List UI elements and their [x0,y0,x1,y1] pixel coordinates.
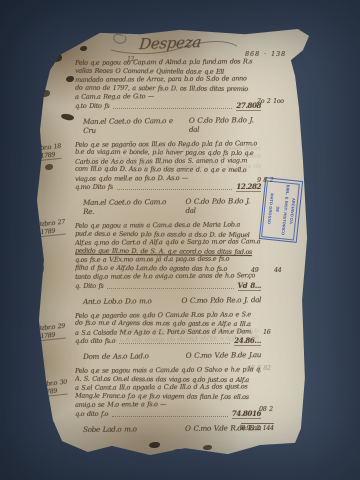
signature-name: Dom de As.o Lad.o [83,351,149,361]
signature-name: Man.el Caet.o do Cam.o Re. [83,197,178,216]
torn-spot [38,264,44,274]
closing-phrase: q.do dito fs.o [75,337,115,346]
torn-spot [149,442,160,448]
torn-spot [203,445,212,450]
torn-spot [80,46,87,51]
margin-date-year: 1789 [40,330,66,341]
torn-spot [294,61,300,67]
closing-phrase: q. Dito fs [75,282,103,291]
torn-spot [51,54,62,62]
handwritten-line: a S.a Calsada M.o Ag.to a L. Port.o Sant… [75,327,261,337]
margin-date-year: 1789 [40,226,66,237]
handwritten-line: Pelo q.e pagou ao Cap.am d Almd.a p.la f… [75,57,261,67]
stamp-text: DE [275,206,280,212]
signature-name: Sobe Lad.o m.o [83,424,137,434]
signature-line: Ant.o Lob.o D.o m.o O C.mo P.do Re.o J. … [83,295,261,306]
signature-name: O C.do P.do B.do J. dal [189,115,261,134]
margin-amount: 49 44 [251,267,281,275]
margin-date-note: Dzbr.o 30 1789 [38,379,68,398]
closing-phrase: q.mo Dito fs [75,183,113,192]
signature-name: Ant.o Lob.o D.o m.o [83,296,151,306]
page-heading: Despeza [94,31,247,54]
handwritten-line: amig.o se M.o em.te a fs.o — [75,399,261,409]
ink-blot [60,113,74,122]
entry-sum-line: q.to Dito fs 27.808 [75,101,261,111]
sum-amount: Vd 8... [238,281,262,291]
torn-spot [47,422,55,428]
handwritten-line: Pelo q.e pagou a mais a Cam.a des.a de M… [75,220,261,230]
torn-spot [171,449,186,456]
photograph-background: vallas Reaes O Comand.e Quintella das.e … [0,0,360,480]
signature-line: Man.el Caet.o do Cam.o e Cru O C.do P.do… [83,115,261,135]
manuscript-text-column: Pelo q.e pagou ao Cap.am d Almd.a p.la f… [75,58,261,439]
ledger-entry: Pelo q.e pagarão aos q.do O Cam.de R.os … [75,311,261,347]
manuscript-paper: vallas Reaes O Comand.e Quintella das.e … [33,26,313,458]
handwritten-line: a Cam.a Reg.a de G.to — [75,91,261,101]
ledger-entry: Pelo q.e se pagou mais a Cam.de q.do O S… [75,366,261,419]
entry-sum-line: q.do dito fs.o 24.86… [75,336,261,346]
signature-name: O C.do P.do B.do J. dal [185,196,261,215]
torn-spot [40,90,50,97]
margin-amount: 08 2 [259,406,273,414]
stamp-text: BIBL. E INST. HISTORICO [280,185,290,236]
signature-line: Man.el Caet.o do Cam.o Re. O C.do P.do B… [83,196,261,216]
handwritten-line: Pelo q.e se pagou mais a Cam.de q.do O S… [75,365,261,375]
margin-date-year: 1789 [42,386,68,397]
handwritten-line: q.os fs.e a V.Ex.mo am.os já d.a pag.os … [75,254,261,264]
signature-line: Sobe Lad.o m.o O C.mo V.de R.de Lau [83,423,261,434]
entry-sum-line: q.mo Dito fs 12.282 [75,182,261,192]
margin-date-note: Dzbr.o 27 1789 [36,219,66,238]
dotted-leader [117,185,233,190]
handwritten-line: viag.os q.do mell.e ao fs.o D. As.o — [75,173,261,183]
signature-name: Man.el Caet.o do Cam.o e Cru [83,115,181,134]
stamp-text: MATO GROSSO [266,193,274,224]
signature-name: O C.mo P.do Re.o J. dal [181,295,261,305]
archive-stamp: ARCHIVO DA BIBL. E INST. HISTORICO DE MA… [259,177,303,243]
margin-amount: 16 [263,329,270,337]
handwritten-line: mandado amead.as de Arroz, para b.o do S… [75,74,261,84]
dotted-leader [119,339,230,344]
handwritten-line: Alf.es q.mo do Cart.o d Alf.a q.do e Sar… [75,237,261,247]
entry-sum-line: q.o dito f.o 74.8016 [75,409,261,419]
dotted-leader [112,412,228,417]
dotted-leader [107,284,233,289]
handwritten-line: a S.el Camt.a Ill.o apgada a C.de Ill.o … [75,382,261,392]
page-total-amount: 8.98 2 144 [241,423,274,433]
margin-date-note: 9br.o 18 1789 [36,143,62,161]
margin-amount-faint: 66 6 82 [247,365,271,373]
ink-blot [45,164,53,170]
ledger-entry: Pelo q.e se pagarão aos Ill.es do Reg.do… [75,140,261,193]
closing-phrase: q.to Dito fs [75,102,109,111]
handwritten-line: tanto dig.o mat.os de h.o avig.o com.te … [75,271,261,281]
dotted-leader [113,104,232,109]
margin-date-note: Dzbr.o 29 1789 [36,323,66,342]
signature-line: Dom de As.o Lad.o O C.mo V.de B.de J.au [83,350,261,361]
torn-spot [66,76,74,82]
margin-amount: 2o 2 1oo [257,98,284,106]
stamp-text: ARCHIVO DA [289,198,296,225]
signature-name: O C.mo V.de B.de J.au [186,350,261,360]
sum-amount: 24.86… [234,336,261,346]
ledger-entry: Pelo q.e pagou a mais a Cam.a des.a de M… [75,221,261,291]
sum-amount: 74.8016 [232,409,261,419]
entry-sum-line: q. Dito fs Vd 8... [75,281,261,291]
closing-phrase: q.o dito f.o [75,410,108,419]
margin-date-year: 1789 [40,150,62,161]
ledger-entry: Pelo q.e pagou ao Cap.am d Almd.a p.la f… [75,58,261,111]
